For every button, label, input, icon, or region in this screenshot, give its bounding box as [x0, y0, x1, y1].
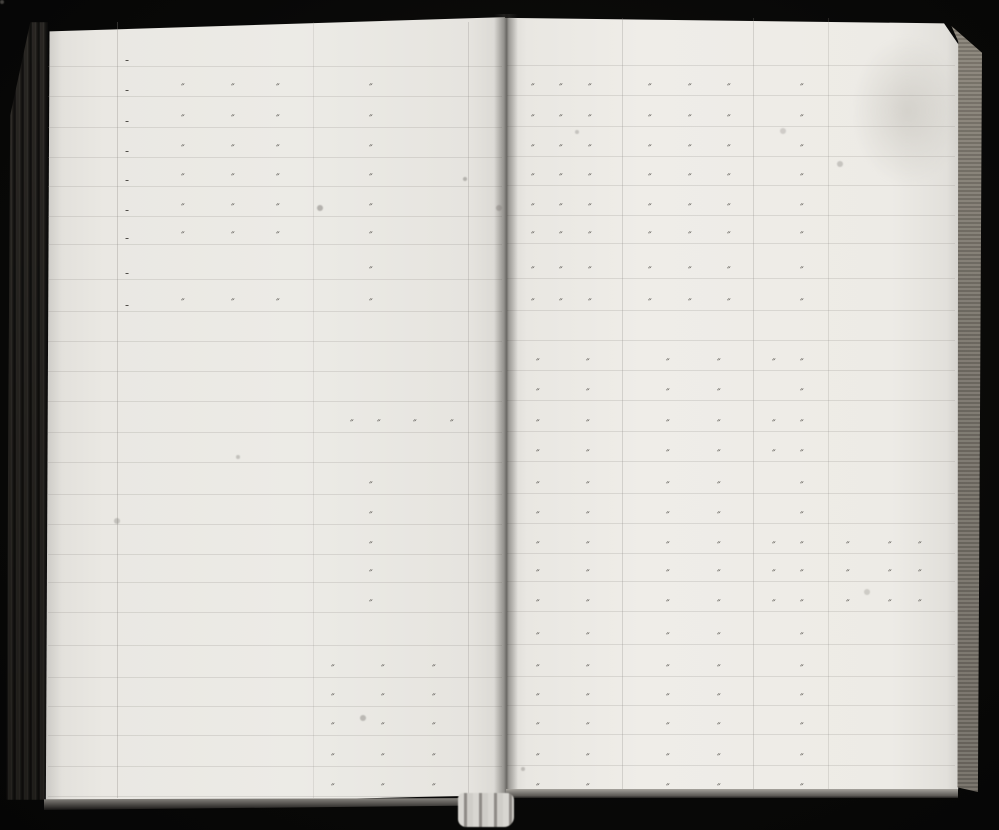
- page-stack-edge: [6, 22, 48, 800]
- ditto-mark: ″: [717, 753, 721, 764]
- ditto-mark: ″: [717, 388, 721, 399]
- ditto-mark: ″: [536, 632, 540, 643]
- ditto-mark: ″: [536, 541, 540, 552]
- ditto-mark: ″: [331, 664, 335, 675]
- ditto-mark: ″: [727, 114, 731, 125]
- ditto-dash: -: [125, 231, 129, 245]
- ditto-mark: ″: [432, 783, 436, 794]
- ditto-mark: ″: [800, 632, 804, 643]
- ditto-mark: ″: [588, 203, 592, 214]
- ditto-mark: ″: [536, 753, 540, 764]
- ditto-mark: ″: [666, 693, 670, 704]
- ditto-mark: ″: [800, 599, 804, 610]
- ditto-mark: ″: [559, 114, 563, 125]
- ditto-mark: ″: [772, 419, 776, 430]
- row-rule-line: [507, 310, 955, 311]
- ditto-mark: ″: [369, 266, 373, 277]
- row-rule-line: [507, 215, 955, 216]
- ditto-mark: ″: [717, 664, 721, 675]
- ditto-mark: ″: [586, 388, 590, 399]
- row-rule-line: [507, 461, 955, 462]
- ditto-mark: ″: [181, 203, 185, 214]
- column-rule-line: [622, 18, 623, 790]
- ditto-mark: ″: [688, 203, 692, 214]
- ink-bleed-ghost: [852, 36, 962, 186]
- column-rule-line: [753, 18, 754, 790]
- ditto-mark: ″: [536, 358, 540, 369]
- ditto-mark: ″: [800, 541, 804, 552]
- ditto-mark: ″: [717, 599, 721, 610]
- row-rule-line: [507, 523, 955, 524]
- ditto-mark: ″: [531, 266, 535, 277]
- ditto-mark: ″: [586, 541, 590, 552]
- row-rule-line: [507, 611, 955, 612]
- ditto-mark: ″: [772, 449, 776, 460]
- ditto-mark: ″: [231, 114, 235, 125]
- ditto-mark: ″: [727, 231, 731, 242]
- ditto-mark: ″: [588, 83, 592, 94]
- ditto-mark: ″: [181, 83, 185, 94]
- ditto-mark: ″: [432, 753, 436, 764]
- ditto-mark: ″: [586, 693, 590, 704]
- ditto-mark: ″: [717, 358, 721, 369]
- ditto-mark: ″: [800, 144, 804, 155]
- ditto-mark: ″: [586, 358, 590, 369]
- ditto-mark: ″: [559, 173, 563, 184]
- ditto-mark: ″: [181, 231, 185, 242]
- ditto-dash: -: [125, 298, 129, 312]
- ditto-mark: ″: [331, 783, 335, 794]
- ditto-mark: ″: [846, 599, 850, 610]
- ditto-mark: ″: [369, 231, 373, 242]
- row-rule-line: [507, 431, 955, 432]
- column-rule-line: [468, 22, 469, 798]
- row-rule-line: [507, 278, 955, 279]
- ditto-mark: ″: [727, 298, 731, 309]
- column-rule-line: [313, 22, 314, 798]
- row-rule-line: [507, 156, 955, 157]
- ditto-mark: ″: [800, 358, 804, 369]
- row-rule-line: [507, 185, 955, 186]
- ditto-mark: ″: [586, 511, 590, 522]
- ditto-mark: ″: [181, 114, 185, 125]
- row-rule-line: [507, 644, 955, 645]
- ditto-mark: ″: [536, 388, 540, 399]
- ditto-mark: ″: [231, 231, 235, 242]
- row-rule-line: [507, 493, 955, 494]
- ditto-mark: ″: [331, 722, 335, 733]
- ditto-dash: -: [125, 266, 129, 280]
- column-rule-line: [828, 18, 829, 790]
- ditto-mark: ″: [231, 173, 235, 184]
- ditto-mark: ″: [450, 419, 454, 430]
- ditto-mark: ″: [586, 419, 590, 430]
- ditto-mark: ″: [800, 173, 804, 184]
- ditto-mark: ″: [800, 83, 804, 94]
- row-rule-line: [507, 581, 955, 582]
- ditto-mark: ″: [586, 632, 590, 643]
- row-rule-line: [507, 370, 955, 371]
- ditto-mark: ″: [688, 173, 692, 184]
- row-rule-line: [507, 65, 955, 66]
- ditto-mark: ″: [531, 231, 535, 242]
- ditto-mark: ″: [559, 231, 563, 242]
- ditto-mark: ″: [717, 632, 721, 643]
- ditto-mark: ″: [181, 144, 185, 155]
- row-rule-line: [507, 243, 955, 244]
- ditto-mark: ″: [846, 541, 850, 552]
- ditto-mark: ″: [666, 481, 670, 492]
- ditto-mark: ″: [276, 83, 280, 94]
- ditto-mark: ″: [559, 83, 563, 94]
- ditto-mark: ″: [432, 664, 436, 675]
- ditto-mark: ″: [586, 569, 590, 580]
- ditto-mark: ″: [369, 144, 373, 155]
- ditto-mark: ″: [666, 632, 670, 643]
- ditto-mark: ″: [772, 599, 776, 610]
- ditto-mark: ″: [331, 693, 335, 704]
- ditto-mark: ″: [772, 358, 776, 369]
- ditto-mark: ″: [800, 481, 804, 492]
- ditto-mark: ″: [536, 569, 540, 580]
- ditto-mark: ″: [276, 298, 280, 309]
- spine-tail: [458, 793, 514, 827]
- ditto-mark: ″: [666, 664, 670, 675]
- ditto-dash: -: [125, 114, 129, 128]
- ditto-mark: ″: [727, 83, 731, 94]
- ditto-mark: ″: [531, 298, 535, 309]
- ditto-mark: ″: [369, 83, 373, 94]
- ditto-mark: ″: [918, 599, 922, 610]
- ditto-mark: ″: [688, 266, 692, 277]
- ditto-mark: ″: [800, 449, 804, 460]
- ditto-mark: ″: [648, 83, 652, 94]
- ditto-mark: ″: [531, 173, 535, 184]
- ditto-mark: ″: [666, 388, 670, 399]
- ditto-mark: ″: [369, 569, 373, 580]
- ditto-mark: ″: [666, 753, 670, 764]
- row-rule-line: [507, 705, 955, 706]
- row-rule-line: [507, 95, 955, 96]
- ditto-mark: ″: [536, 449, 540, 460]
- row-rule-line: [507, 340, 955, 341]
- ditto-mark: ″: [559, 266, 563, 277]
- ditto-mark: ″: [666, 358, 670, 369]
- ditto-mark: ″: [231, 298, 235, 309]
- ditto-mark: ″: [688, 231, 692, 242]
- ditto-mark: ″: [688, 144, 692, 155]
- row-rule-line: [507, 553, 955, 554]
- ditto-mark: ″: [800, 753, 804, 764]
- ditto-mark: ″: [381, 722, 385, 733]
- ditto-mark: ″: [666, 599, 670, 610]
- ditto-mark: ″: [800, 569, 804, 580]
- ditto-mark: ″: [559, 144, 563, 155]
- ditto-mark: ″: [276, 231, 280, 242]
- ditto-mark: ″: [231, 83, 235, 94]
- ditto-mark: ″: [588, 144, 592, 155]
- ditto-mark: ″: [666, 449, 670, 460]
- row-rule-line: [507, 400, 955, 401]
- ditto-mark: ″: [888, 599, 892, 610]
- ditto-mark: ″: [588, 298, 592, 309]
- ditto-mark: ″: [586, 481, 590, 492]
- ditto-mark: ″: [918, 541, 922, 552]
- ditto-mark: ″: [331, 753, 335, 764]
- ditto-mark: ″: [688, 114, 692, 125]
- ditto-mark: ″: [588, 266, 592, 277]
- ditto-mark: ″: [666, 541, 670, 552]
- left-page-bottom-edge: [44, 798, 506, 810]
- ditto-mark: ″: [381, 753, 385, 764]
- ditto-mark: ″: [800, 203, 804, 214]
- ditto-mark: ″: [413, 419, 417, 430]
- ditto-mark: ″: [588, 231, 592, 242]
- ditto-mark: ″: [369, 481, 373, 492]
- row-rule-line: [507, 676, 955, 677]
- ditto-mark: ″: [531, 114, 535, 125]
- ditto-mark: ″: [588, 114, 592, 125]
- ditto-mark: ″: [648, 203, 652, 214]
- ditto-mark: ″: [800, 511, 804, 522]
- row-rule-line: [507, 765, 955, 766]
- ditto-dash: -: [125, 144, 129, 158]
- ditto-mark: ″: [369, 541, 373, 552]
- ditto-mark: ″: [381, 783, 385, 794]
- left-page: [44, 14, 505, 806]
- ditto-mark: ″: [350, 419, 354, 430]
- ditto-mark: ″: [648, 114, 652, 125]
- ditto-mark: ″: [800, 664, 804, 675]
- ditto-mark: ″: [800, 266, 804, 277]
- ditto-mark: ″: [717, 693, 721, 704]
- ditto-mark: ″: [369, 511, 373, 522]
- ditto-mark: ″: [648, 266, 652, 277]
- ditto-mark: ″: [369, 298, 373, 309]
- ditto-mark: ″: [536, 693, 540, 704]
- ditto-mark: ″: [381, 693, 385, 704]
- ditto-mark: ″: [536, 664, 540, 675]
- ditto-mark: ″: [531, 203, 535, 214]
- ditto-mark: ″: [727, 173, 731, 184]
- ditto-mark: ″: [648, 144, 652, 155]
- ditto-mark: ″: [800, 388, 804, 399]
- ditto-mark: ″: [536, 511, 540, 522]
- ditto-mark: ″: [536, 419, 540, 430]
- right-page-bottom-edge: [506, 789, 958, 798]
- ditto-mark: ″: [717, 419, 721, 430]
- ditto-mark: ″: [888, 569, 892, 580]
- ditto-mark: ″: [648, 231, 652, 242]
- ditto-mark: ″: [800, 298, 804, 309]
- ditto-mark: ″: [666, 569, 670, 580]
- ditto-mark: ″: [276, 203, 280, 214]
- ditto-mark: ″: [531, 144, 535, 155]
- ditto-mark: ″: [276, 144, 280, 155]
- ditto-mark: ″: [648, 173, 652, 184]
- ditto-mark: ″: [531, 83, 535, 94]
- ditto-mark: ″: [688, 298, 692, 309]
- ditto-mark: ″: [717, 481, 721, 492]
- ditto-mark: ″: [536, 599, 540, 610]
- ledger-photo: --″″″″″″″″″″″-″″″″″″″″″″″-″″″″″″″″″″″-″″…: [0, 0, 999, 830]
- ditto-mark: ″: [800, 114, 804, 125]
- dust-specks: [0, 0, 4, 4]
- ditto-mark: ″: [800, 722, 804, 733]
- ditto-mark: ″: [586, 449, 590, 460]
- ditto-mark: ″: [432, 693, 436, 704]
- ditto-mark: ″: [918, 569, 922, 580]
- ditto-mark: ″: [369, 173, 373, 184]
- ditto-mark: ″: [381, 664, 385, 675]
- ditto-mark: ″: [666, 511, 670, 522]
- ditto-mark: ″: [846, 569, 850, 580]
- ditto-mark: ″: [648, 298, 652, 309]
- ditto-mark: ″: [888, 541, 892, 552]
- ditto-mark: ″: [276, 114, 280, 125]
- ditto-mark: ″: [559, 203, 563, 214]
- ditto-mark: ″: [727, 266, 731, 277]
- column-rule-line: [117, 22, 118, 798]
- ditto-mark: ″: [586, 599, 590, 610]
- ditto-mark: ″: [717, 511, 721, 522]
- ditto-dash: -: [125, 203, 129, 217]
- ditto-mark: ″: [586, 664, 590, 675]
- ditto-mark: ″: [369, 114, 373, 125]
- ditto-mark: ″: [377, 419, 381, 430]
- row-rule-line: [507, 734, 955, 735]
- ditto-mark: ″: [588, 173, 592, 184]
- ditto-mark: ″: [688, 83, 692, 94]
- ditto-mark: ″: [181, 173, 185, 184]
- ditto-dash: -: [125, 83, 129, 97]
- ditto-mark: ″: [717, 541, 721, 552]
- ditto-mark: ″: [586, 753, 590, 764]
- row-rule-line: [507, 126, 955, 127]
- ditto-dash: -: [125, 53, 129, 67]
- ditto-mark: ″: [231, 203, 235, 214]
- ditto-mark: ″: [181, 298, 185, 309]
- ditto-mark: ″: [727, 203, 731, 214]
- ditto-mark: ″: [559, 298, 563, 309]
- ditto-mark: ″: [717, 449, 721, 460]
- ditto-mark: ″: [369, 599, 373, 610]
- ditto-mark: ″: [666, 722, 670, 733]
- book-spine: [494, 14, 518, 798]
- ditto-mark: ″: [276, 173, 280, 184]
- ditto-mark: ″: [536, 722, 540, 733]
- ditto-mark: ″: [800, 419, 804, 430]
- ditto-mark: ″: [536, 481, 540, 492]
- ditto-mark: ″: [369, 203, 373, 214]
- ditto-mark: ″: [727, 144, 731, 155]
- ditto-mark: ″: [717, 569, 721, 580]
- ditto-mark: ″: [800, 231, 804, 242]
- ditto-mark: ″: [717, 722, 721, 733]
- ditto-mark: ″: [772, 541, 776, 552]
- ditto-mark: ″: [666, 419, 670, 430]
- ditto-mark: ″: [586, 722, 590, 733]
- ditto-mark: ″: [800, 693, 804, 704]
- ditto-dash: -: [125, 173, 129, 187]
- ditto-mark: ″: [231, 144, 235, 155]
- ditto-mark: ″: [432, 722, 436, 733]
- ditto-mark: ″: [772, 569, 776, 580]
